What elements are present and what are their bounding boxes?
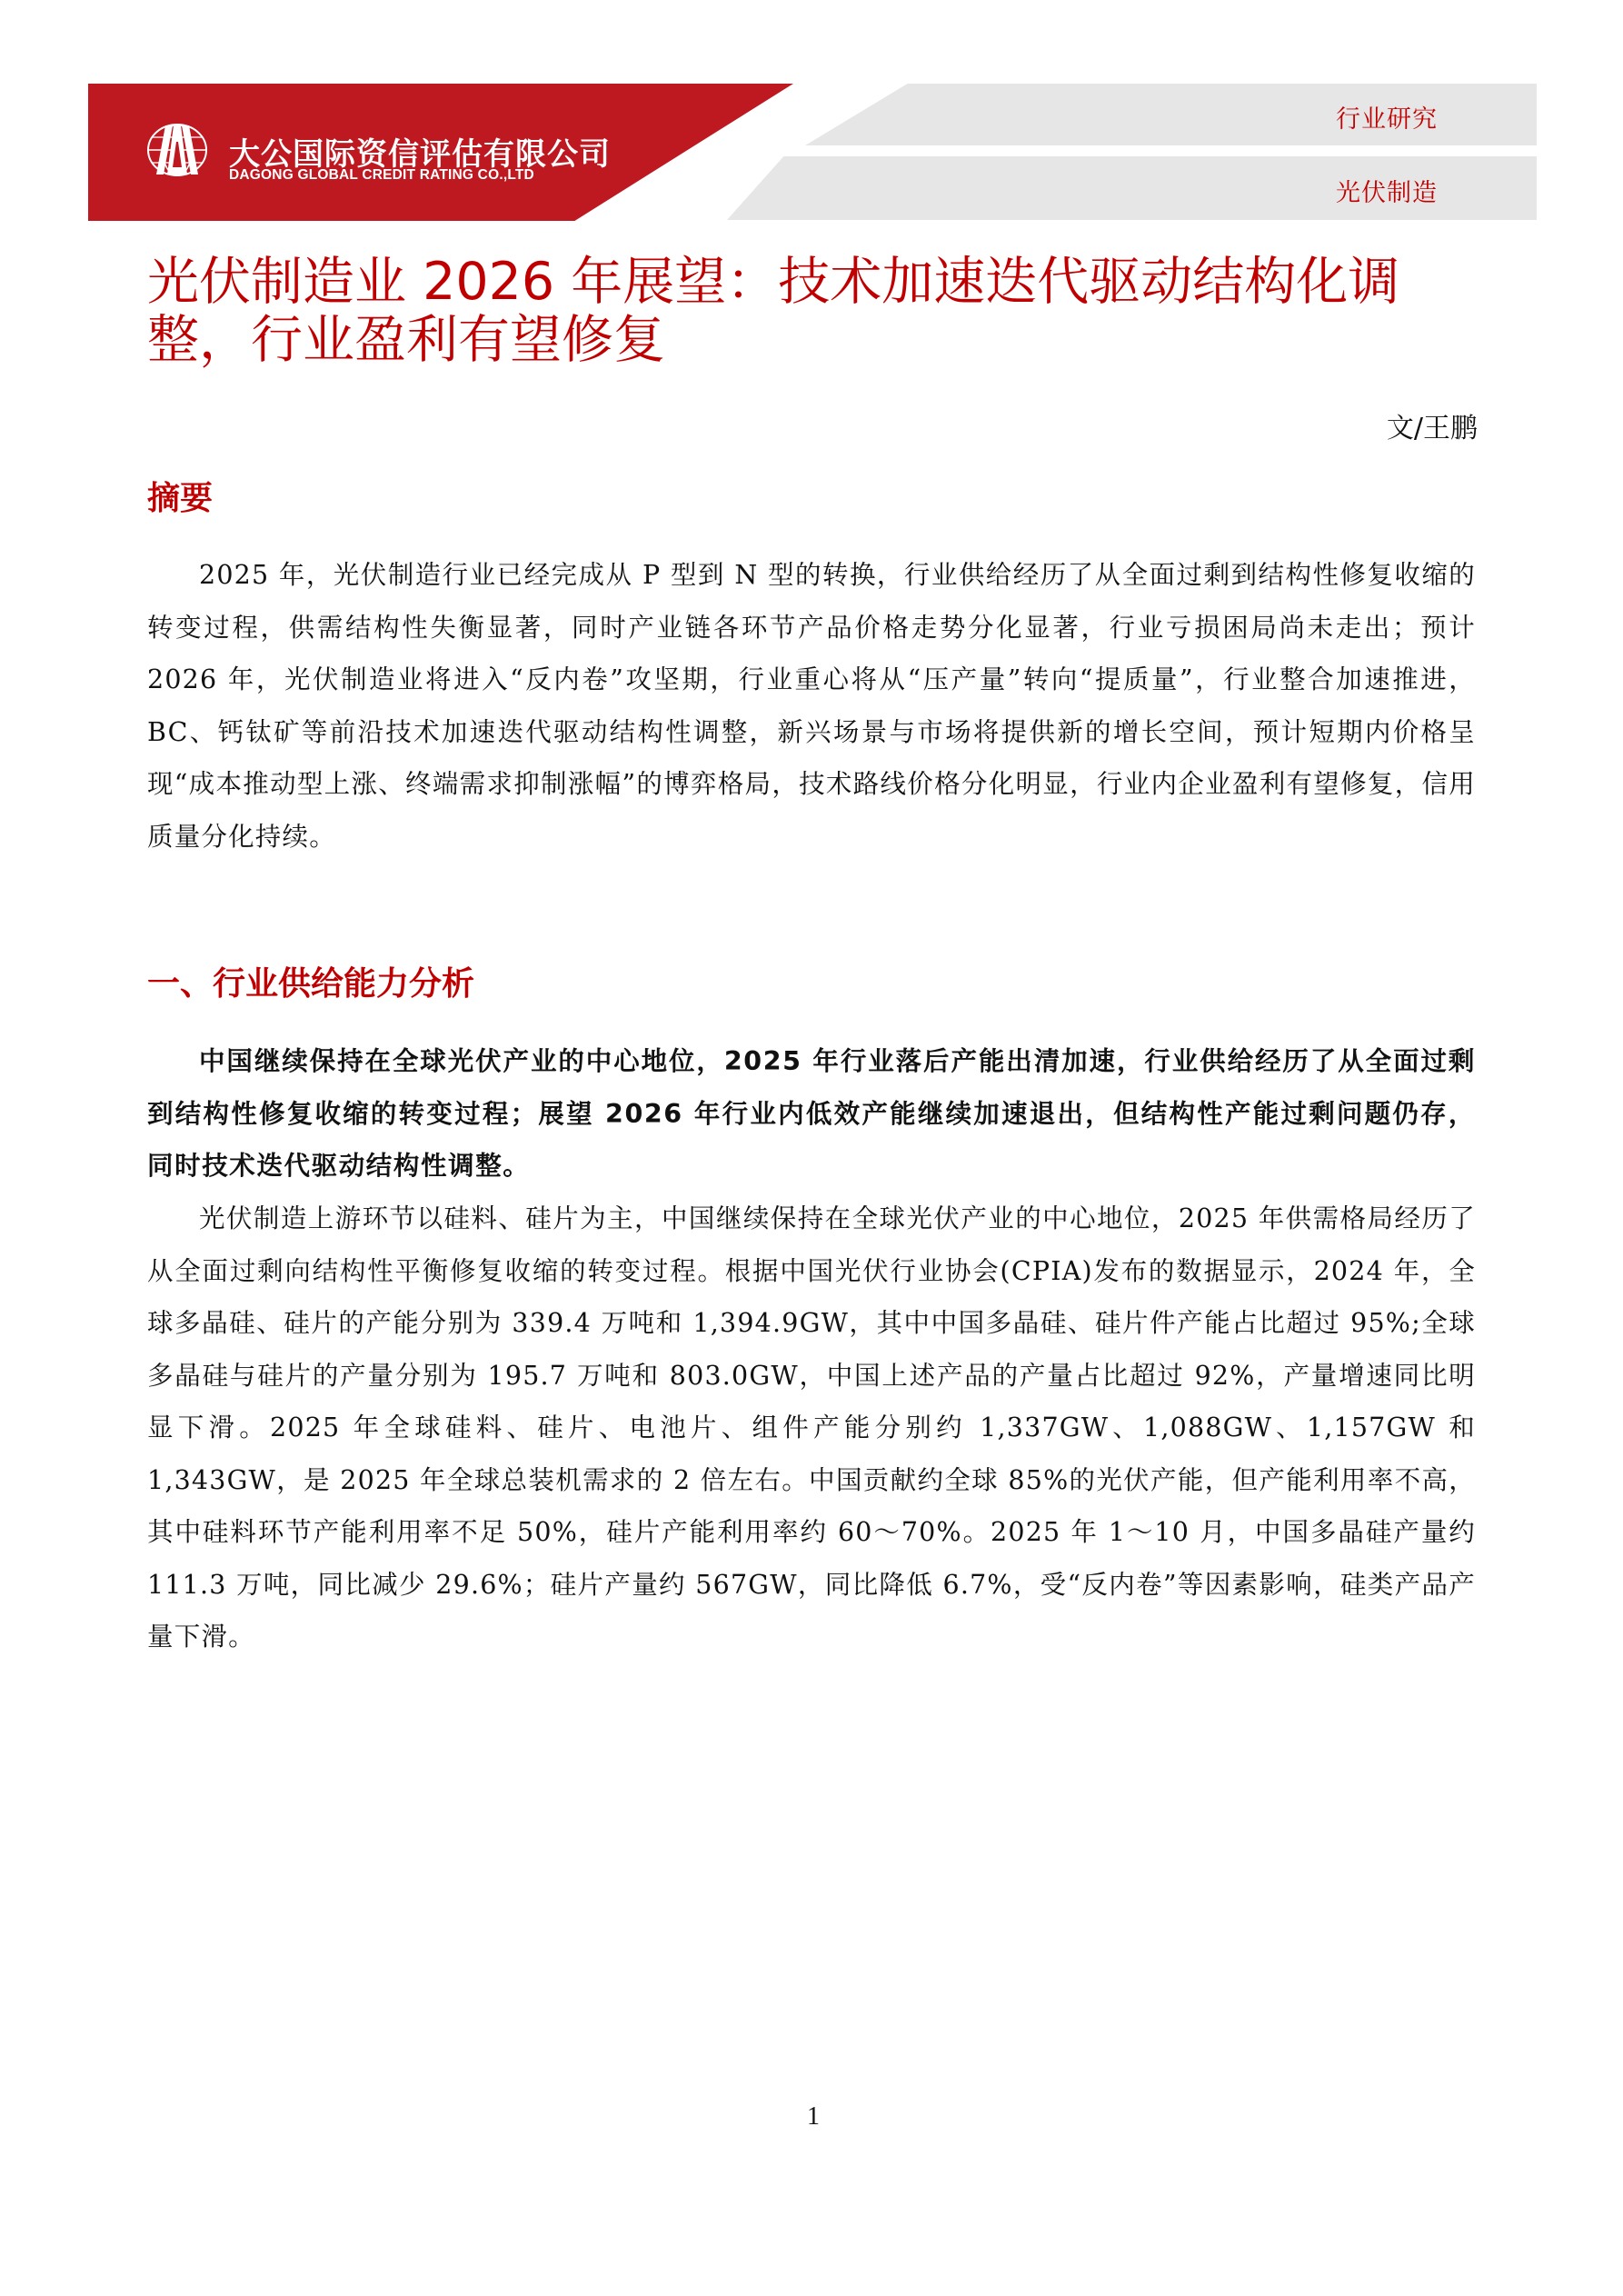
industry-label: 光伏制造: [1336, 173, 1438, 208]
section1-summary-paragraph: 中国继续保持在全球光伏产业的中心地位，2025 年行业落后产能出清加速，行业供给…: [147, 1035, 1476, 1193]
company-name-en: DAGONG GLOBAL CREDIT RATING CO.,LTD: [229, 167, 534, 184]
abstract-heading: 摘要: [147, 473, 213, 519]
abstract-paragraph: 2025 年，光伏制造行业已经完成从 P 型到 N 型的转换，行业供给经历了从全…: [147, 549, 1476, 863]
author-byline: 文/王鹏: [1387, 405, 1478, 445]
category-label: 行业研究: [1336, 99, 1438, 135]
report-title: 光伏制造业 2026 年展望：技术加速迭代驱动结构化调整，行业盈利有望修复: [147, 253, 1492, 369]
section1-heading: 一、行业供给能力分析: [147, 958, 474, 1004]
page-number: 1: [807, 2102, 820, 2131]
section1-body-paragraph: 光伏制造上游环节以硅料、硅片为主，中国继续保持在全球光伏产业的中心地位，2025…: [147, 1193, 1476, 1663]
dagong-logo-icon: [145, 122, 209, 178]
